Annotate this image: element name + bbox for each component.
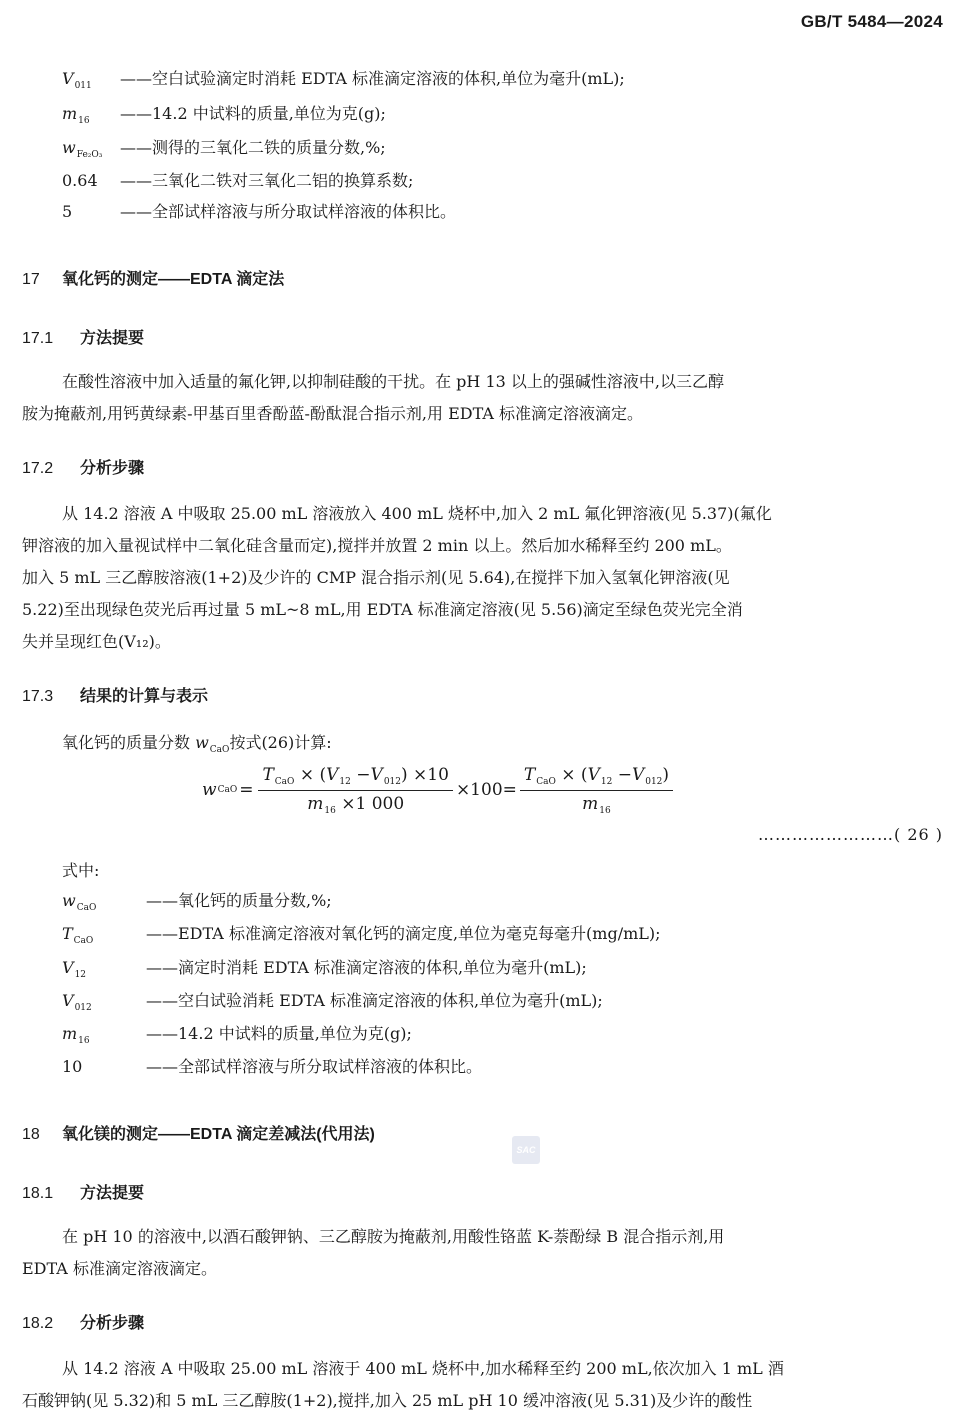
- definition-text: ——14.2 中试料的质量,单位为克(g);: [146, 1021, 412, 1047]
- definition-symbol: 0.64: [62, 168, 98, 194]
- section-18-1-paragraph: 在 pH 10 的溶液中,以酒石酸钾钠、三乙醇胺为掩蔽剂,用酸性铬蓝 K-萘酚绿…: [22, 1221, 942, 1285]
- section-17-2-heading: 17.2分析步骤: [22, 455, 144, 478]
- subsection-title: 结果的计算与表示: [80, 688, 208, 705]
- definition-text: ——滴定时消耗 EDTA 标准滴定溶液的体积,单位为毫升(mL);: [146, 955, 587, 981]
- definition-text: ——全部试样溶液与所分取试样溶液的体积比。: [146, 1054, 482, 1080]
- definition-row: m16 ——14.2 中试料的质量,单位为克(g);: [62, 1021, 90, 1047]
- fraction-1: TCaO × (V12 −V012) ×10 m16 ×1 000: [258, 765, 452, 816]
- definition-symbol: w: [62, 138, 76, 157]
- equation-26: wCaO = TCaO × (V12 −V012) ×10 m16 ×1 000…: [202, 762, 676, 818]
- definition-row: m16 ——14.2 中试料的质量,单位为克(g);: [62, 101, 90, 127]
- definition-symbol: 10: [62, 1054, 82, 1080]
- definition-text: ——三氧化二铁对三氧化二铝的换算系数;: [120, 168, 413, 194]
- section-title: 氧化镁的测定——EDTA 滴定差减法(代用法): [62, 1126, 375, 1143]
- section-17-1-heading: 17.1方法提要: [22, 325, 144, 348]
- section-17-heading: 17氧化钙的测定——EDTA 滴定法: [22, 266, 284, 289]
- definition-text: ——空白试验消耗 EDTA 标准滴定溶液的体积,单位为毫升(mL);: [146, 988, 603, 1014]
- definition-symbol: 5: [62, 199, 72, 225]
- section-18-2-heading: 18.2分析步骤: [22, 1310, 144, 1333]
- definition-row: V011 ——空白试验滴定时消耗 EDTA 标准滴定溶液的体积,单位为毫升(mL…: [62, 66, 92, 92]
- definition-text: ——氧化钙的质量分数,%;: [146, 888, 332, 914]
- definition-symbol: m: [62, 104, 77, 123]
- definition-symbol: m: [62, 1024, 77, 1043]
- definition-row: wFe₂O₃ ——测得的三氧化二铁的质量分数,%;: [62, 135, 102, 161]
- definition-text: ——EDTA 标准滴定溶液对氧化钙的滴定度,单位为毫克每毫升(mg/mL);: [146, 921, 661, 947]
- definition-text: ——测得的三氧化二铁的质量分数,%;: [120, 135, 386, 161]
- section-title: 氧化钙的测定——EDTA 滴定法: [62, 271, 284, 288]
- formula-intro: 氧化钙的质量分数 wCaO按式(26)计算:: [62, 730, 332, 755]
- equation-number: ……………………( 26 ): [758, 825, 943, 844]
- definition-symbol: V: [62, 991, 74, 1010]
- definition-symbol: w: [62, 891, 76, 910]
- definition-row: wCaO ——氧化钙的质量分数,%;: [62, 888, 96, 914]
- sac-watermark-logo: SAC: [512, 1136, 540, 1164]
- section-17-2-paragraph: 从 14.2 溶液 A 中吸取 25.00 mL 溶液放入 400 mL 烧杯中…: [22, 498, 942, 658]
- subsection-title: 方法提要: [80, 330, 144, 347]
- definition-row: TCaO ——EDTA 标准滴定溶液对氧化钙的滴定度,单位为毫克每毫升(mg/m…: [62, 921, 93, 947]
- where-label: 式中:: [62, 858, 99, 881]
- subsection-title: 分析步骤: [80, 1315, 144, 1332]
- subsection-title: 方法提要: [80, 1185, 144, 1202]
- definition-row: 5 ——全部试样溶液与所分取试样溶液的体积比。: [62, 199, 72, 225]
- definition-row: V012 ——空白试验消耗 EDTA 标准滴定溶液的体积,单位为毫升(mL);: [62, 988, 92, 1014]
- definition-row: 10 ——全部试样溶液与所分取试样溶液的体积比。: [62, 1054, 82, 1080]
- definition-symbol: V: [62, 958, 74, 977]
- definition-text: ——全部试样溶液与所分取试样溶液的体积比。: [120, 199, 456, 225]
- definition-text: ——14.2 中试料的质量,单位为克(g);: [120, 101, 386, 127]
- definition-symbol: T: [62, 924, 73, 943]
- section-17-1-paragraph: 在酸性溶液中加入适量的氟化钾,以抑制硅酸的干扰。在 pH 13 以上的强碱性溶液…: [22, 366, 942, 430]
- fraction-2: TCaO × (V12 −V012) m16: [520, 765, 673, 816]
- standard-number-header: GB/T 5484—2024: [801, 12, 943, 32]
- definition-row: 0.64 ——三氧化二铁对三氧化二铝的换算系数;: [62, 168, 98, 194]
- section-18-2-paragraph: 从 14.2 溶液 A 中吸取 25.00 mL 溶液于 400 mL 烧杯中,…: [22, 1353, 942, 1417]
- definition-text: ——空白试验滴定时消耗 EDTA 标准滴定溶液的体积,单位为毫升(mL);: [120, 66, 625, 92]
- section-18-1-heading: 18.1方法提要: [22, 1180, 144, 1203]
- definition-row: V12 ——滴定时消耗 EDTA 标准滴定溶液的体积,单位为毫升(mL);: [62, 955, 86, 981]
- definition-symbol: V: [62, 69, 74, 88]
- section-18-heading: 18氧化镁的测定——EDTA 滴定差减法(代用法): [22, 1121, 375, 1144]
- subsection-title: 分析步骤: [80, 460, 144, 477]
- section-17-3-heading: 17.3结果的计算与表示: [22, 683, 208, 706]
